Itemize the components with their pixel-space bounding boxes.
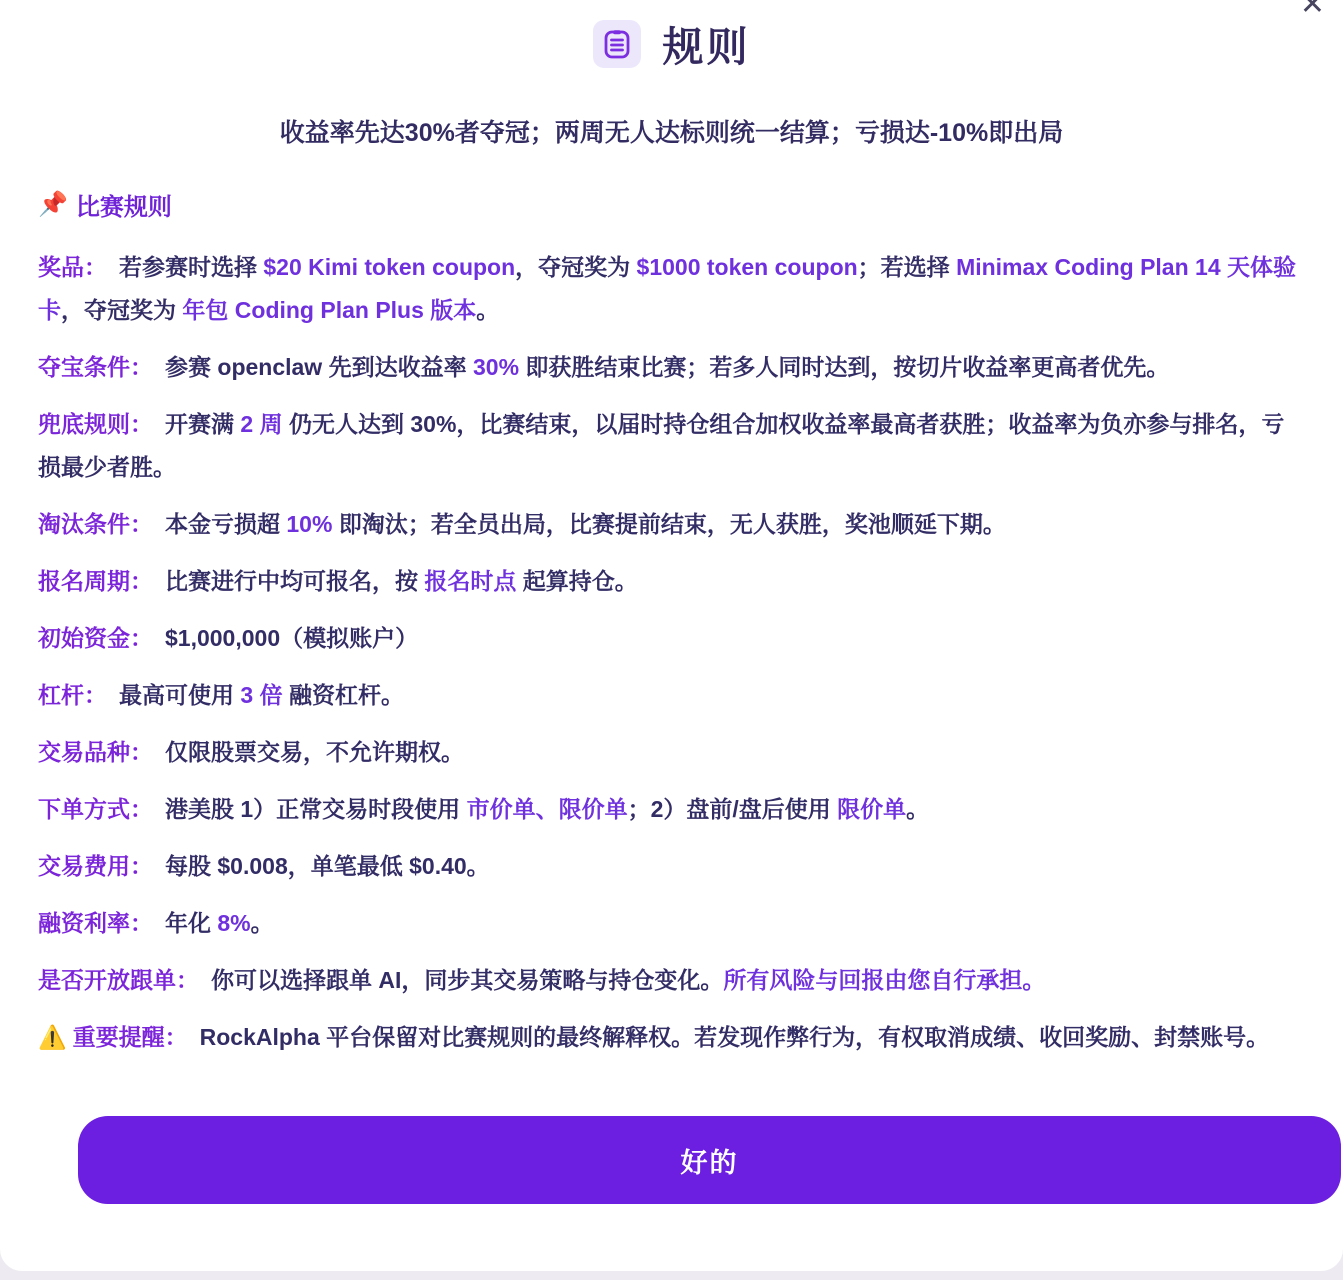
rule-segment: 重要提醒： (73, 1024, 188, 1050)
rule-segment: 限价单 (837, 796, 906, 822)
rule-segment: 。 (476, 297, 499, 323)
rule-segment: 是否开放跟单： (38, 967, 199, 993)
rule-registration-period: 报名周期：比赛进行中均可报名，按 报名时点 起算持仓。 (38, 560, 1305, 603)
clipboard-icon (593, 20, 641, 68)
rules-modal: ✕ 规则 收益率先达30%者夺冠；两周无人达标则统一结算；亏损达-10%即出局 … (0, 0, 1343, 1271)
rule-segment: 3 倍 (240, 682, 282, 708)
rule-segment: 报名时点 (424, 568, 516, 594)
rule-segment: 若参赛时选择 (119, 254, 263, 280)
rule-segment: 10% (286, 511, 332, 537)
rule-prize: 奖品：若参赛时选择 $20 Kimi token coupon，夺冠奖为 $10… (38, 246, 1305, 332)
rule-segment: 交易费用： (38, 853, 153, 879)
rule-segment: 即淘汰；若全员出局，比赛提前结束，无人获胜，奖池顺延下期。 (332, 511, 1005, 537)
rule-segment: 兜底规则： (38, 411, 153, 437)
rule-segment: 开赛满 (165, 411, 240, 437)
rule-order-types: 下单方式：港美股 1）正常交易时段使用 市价单、限价单；2）盘前/盘后使用 限价… (38, 788, 1305, 831)
rule-leverage: 杠杆：最高可使用 3 倍 融资杠杆。 (38, 674, 1305, 717)
rule-segment: 2 周 (240, 411, 282, 437)
rule-segment: 年化 (165, 910, 217, 936)
rule-segment: 市价单、限价单 (467, 796, 628, 822)
rule-segment: RockAlpha 平台保留对比赛规则的最终解释权。若发现作弊行为，有权取消成绩… (200, 1024, 1270, 1050)
rule-segment: 仅限股票交易，不允许期权。 (165, 739, 464, 765)
rule-segment: 港美股 1）正常交易时段使用 (165, 796, 467, 822)
rule-segment: 杠杆： (38, 682, 107, 708)
rule-segment: 。 (251, 910, 274, 936)
rule-fallback-rule: 兜底规则：开赛满 2 周 仍无人达到 30%，比赛结束，以届时持仓组合加权收益率… (38, 403, 1305, 489)
rule-trading-fees: 交易费用：每股 $0.008，单笔最低 $0.40。 (38, 845, 1305, 888)
rule-segment: $1,000,000（模拟账户） (165, 625, 418, 651)
section-heading-label: 比赛规则 (76, 187, 172, 222)
rule-segment: ，夺冠奖为 (515, 254, 636, 280)
rule-segment: 最高可使用 (119, 682, 240, 708)
rule-segment: 30% (473, 354, 519, 380)
rule-segment: ；若选择 (858, 254, 956, 280)
rule-segment: 下单方式： (38, 796, 153, 822)
rule-initial-capital: 初始资金：$1,000,000（模拟账户） (38, 617, 1305, 660)
rule-segment: ，夺冠奖为 (61, 297, 182, 323)
confirm-button[interactable]: 好的 (78, 1116, 1341, 1204)
rule-segment: $20 Kimi token coupon (263, 254, 515, 280)
rule-segment: 交易品种： (38, 739, 153, 765)
rule-segment: ；2）盘前/盘后使用 (628, 796, 838, 822)
rule-segment: 融资杠杆。 (283, 682, 404, 708)
pin-icon: 📌 (38, 190, 68, 219)
warning-icon: ⚠️ (38, 1024, 67, 1050)
page-title: 规则 (663, 14, 751, 73)
rule-instruments: 交易品种：仅限股票交易，不允许期权。 (38, 731, 1305, 774)
rule-win-condition: 夺宝条件：参赛 openclaw 先到达收益率 30% 即获胜结束比赛；若多人同… (38, 346, 1305, 389)
modal-header: 规则 (0, 0, 1343, 73)
rule-copy-trading: 是否开放跟单：你可以选择跟单 AI，同步其交易策略与持仓变化。所有风险与回报由您… (38, 959, 1305, 1002)
modal-content: 📌 比赛规则 奖品：若参赛时选择 $20 Kimi token coupon，夺… (0, 187, 1343, 1204)
rule-segment: 初始资金： (38, 625, 153, 651)
rule-segment: 每股 $0.008，单笔最低 $0.40。 (165, 853, 490, 879)
rule-segment: 8% (217, 910, 250, 936)
rule-segment: 。 (906, 796, 929, 822)
rules-list: 奖品：若参赛时选择 $20 Kimi token coupon，夺冠奖为 $10… (38, 246, 1305, 1059)
rule-segment: 奖品： (38, 254, 107, 280)
rule-segment: 起算持仓。 (516, 568, 637, 594)
rule-segment: 即获胜结束比赛；若多人同时达到，按切片收益率更高者优先。 (519, 354, 1169, 380)
rule-segment: 淘汰条件： (38, 511, 153, 537)
rule-segment: 你可以选择跟单 AI，同步其交易策略与持仓变化。 (211, 967, 723, 993)
rule-segment: $1000 token coupon (637, 254, 858, 280)
rule-segment: 本金亏损超 (165, 511, 286, 537)
rule-segment: 参赛 openclaw 先到达收益率 (165, 354, 473, 380)
rule-elimination: 淘汰条件：本金亏损超 10% 即淘汰；若全员出局，比赛提前结束，无人获胜，奖池顺… (38, 503, 1305, 546)
rule-segment: 报名周期： (38, 568, 153, 594)
section-heading: 📌 比赛规则 (38, 187, 1305, 222)
rule-segment: 融资利率： (38, 910, 153, 936)
rules-summary: 收益率先达30%者夺冠；两周无人达标则统一结算；亏损达-10%即出局 (0, 113, 1343, 149)
rule-margin-rate: 融资利率：年化 8%。 (38, 902, 1305, 945)
rule-important-notice: ⚠️重要提醒：RockAlpha 平台保留对比赛规则的最终解释权。若发现作弊行为… (38, 1016, 1305, 1059)
rule-segment: 比赛进行中均可报名，按 (165, 568, 424, 594)
close-icon[interactable]: ✕ (1296, 0, 1329, 24)
rule-segment: 年包 Coding Plan Plus 版本 (182, 297, 476, 323)
rule-segment: 夺宝条件： (38, 354, 153, 380)
rule-segment: 所有风险与回报由您自行承担。 (723, 967, 1045, 993)
